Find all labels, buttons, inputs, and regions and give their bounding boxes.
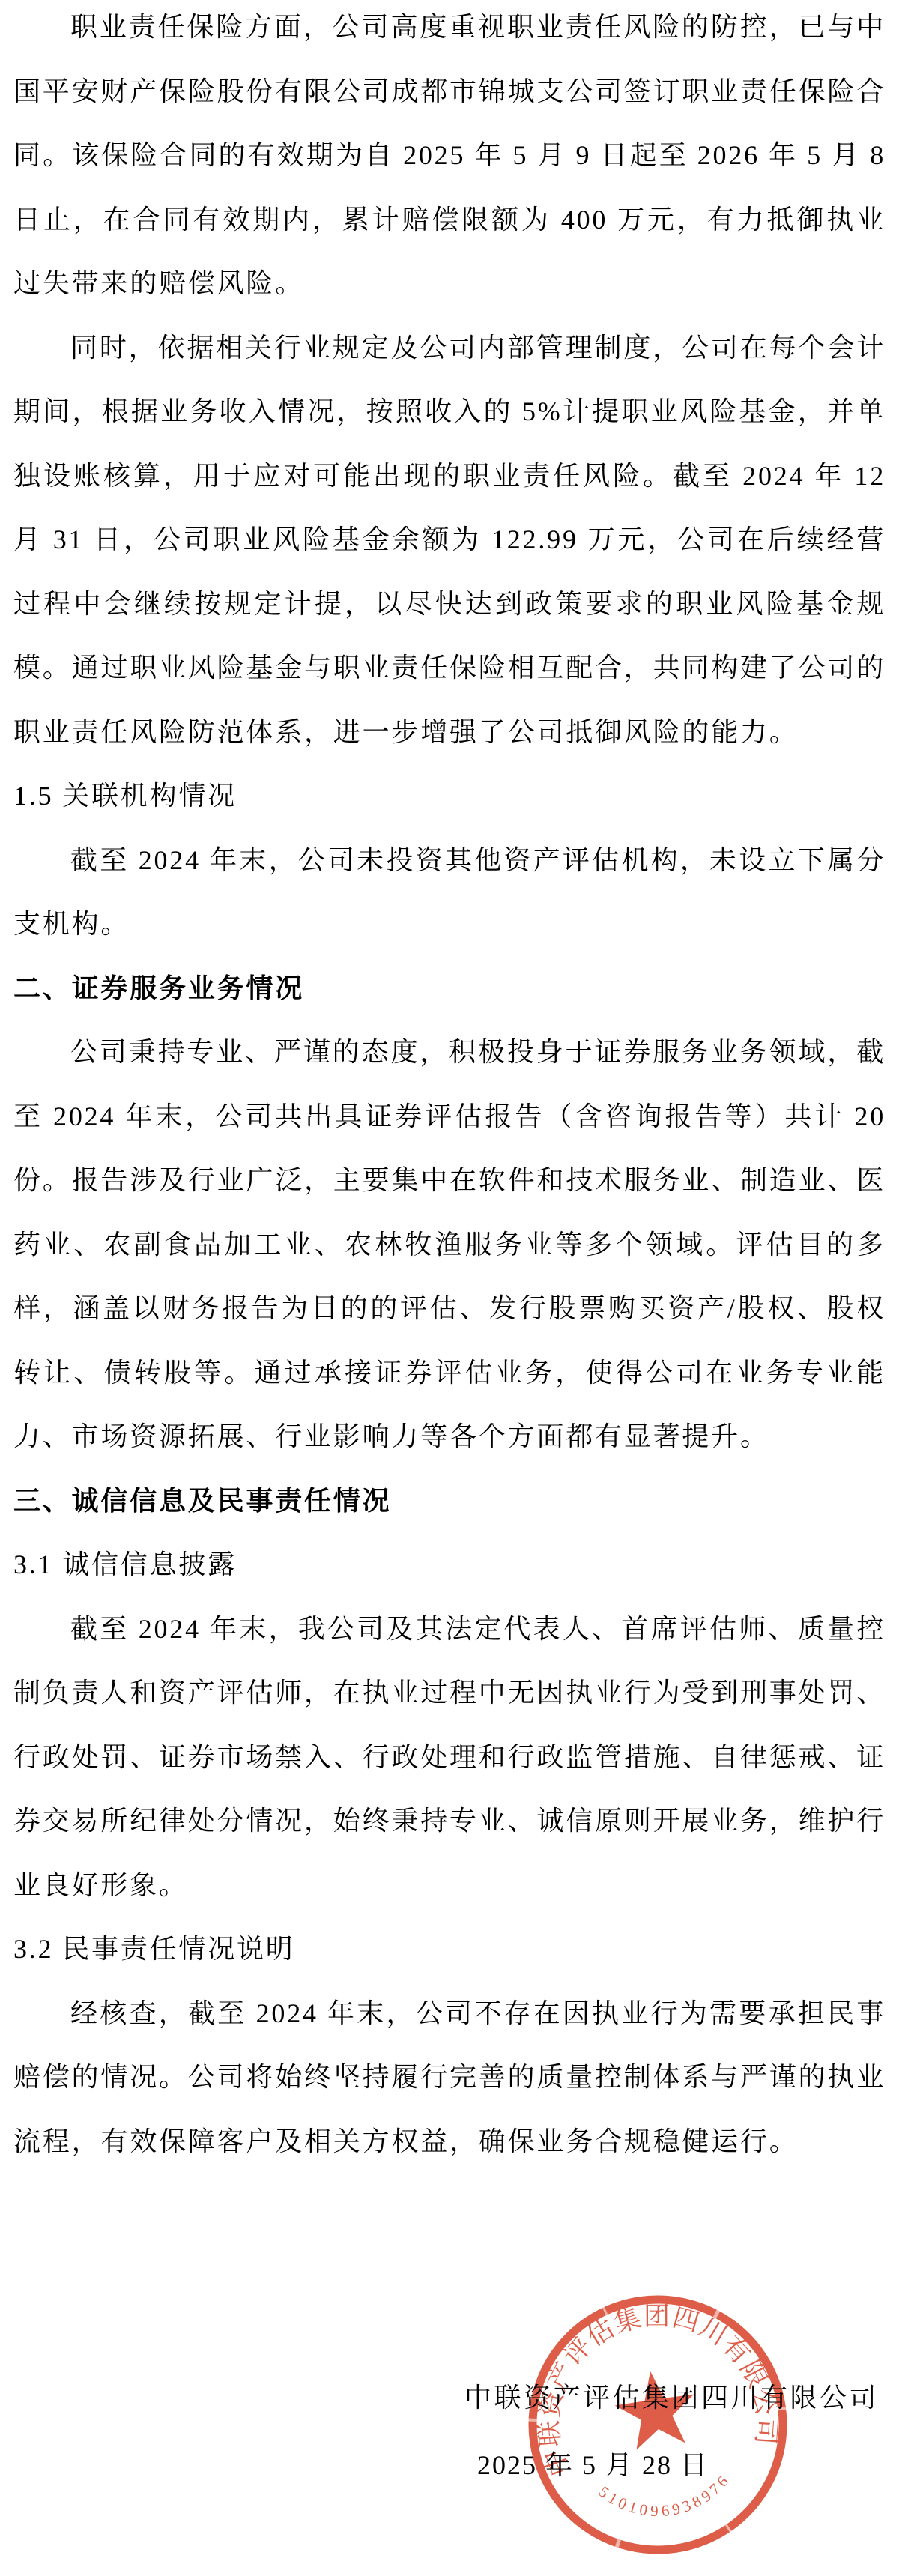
paragraph-civil-liability: 经核查，截至 2024 年末，公司不存在因执业行为需要承担民事赔偿的情况。公司将… [13,1982,886,2174]
company-seal: 中联资产评估集团四川有限公司 5101096938976 [507,2274,808,2575]
paragraph-risk-fund: 同时，依据相关行业规定及公司内部管理制度，公司在每个会计期间，根据业务收入情况，… [13,316,886,765]
heading-2-securities-services: 二、证券服务业务情况 [13,957,886,1021]
seal-number-node: 5101096938976 [593,2464,738,2529]
paragraph-insurance: 职业责任保险方面，公司高度重视职业责任风险的防控，已与中国平安财产保险股份有限公… [13,0,886,316]
seal-number: 5101096938976 [593,2464,738,2529]
heading-3-1-integrity-disclosure: 3.1 诚信信息披露 [13,1533,886,1597]
heading-3-2-civil-liability: 3.2 民事责任情况说明 [13,1917,886,1982]
paragraph-integrity-disclosure: 截至 2024 年末，我公司及其法定代表人、首席评估师、质量控制负责人和资产评估… [13,1597,886,1918]
heading-1-5-affiliates: 1.5 关联机构情况 [13,764,886,829]
paragraph-securities-services: 公司秉持专业、严谨的态度，积极投身于证券服务业务领域，截至 2024 年末，公司… [13,1021,886,1469]
seal-star [611,2365,700,2452]
text-flow: 职业责任保险方面，公司高度重视职业责任风险的防控，已与中国平安财产保险股份有限公… [13,0,886,2174]
document-page: 职业责任保险方面，公司高度重视职业责任风险的防控，已与中国平安财产保险股份有限公… [0,0,899,2576]
heading-3-integrity-liability: 三、诚信信息及民事责任情况 [13,1469,886,1534]
paragraph-affiliates: 截至 2024 年末，公司未投资其他资产评估机构，未设立下属分支机构。 [13,829,886,957]
